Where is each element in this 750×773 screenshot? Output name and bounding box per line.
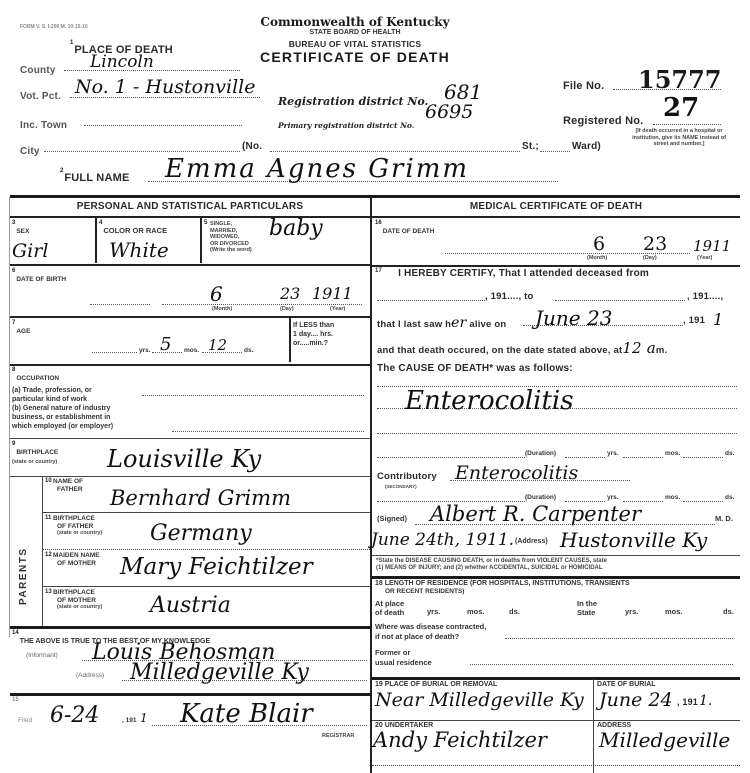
- death-certificate: FORM V. S. I-200 M. 10-15-10 1PLACE OF D…: [0, 0, 750, 773]
- sex-field: 3SEX Girl: [12, 220, 96, 260]
- medical-section-title: MEDICAL CERTIFICATE OF DEATH: [372, 201, 740, 212]
- contributory-value: Enterocolitis: [455, 462, 578, 484]
- vot-pct-value: No. 1 - Hustonville: [75, 76, 255, 98]
- title-block: Commonwealth of Kentucky STATE BOARD OF …: [255, 15, 455, 65]
- vot-pct-field: Vot. Pct. No. 1 - Hustonville: [20, 86, 290, 104]
- occupation-field: 8OCCUPATION (a) Trade, profession, or pa…: [12, 367, 367, 437]
- death-year: 1911: [693, 237, 731, 255]
- father-birthplace-field: 11 BIRTHPLACE OF FATHER (state or countr…: [45, 515, 367, 549]
- date-of-birth-field: 6DATE OF BIRTH 6 23 1911 (Month) (Day) (…: [12, 268, 367, 314]
- mother-birthplace-value: Austria: [150, 593, 231, 618]
- mother-name-field: 12 MAIDEN NAME OF MOTHER Mary Feichtilze…: [45, 552, 367, 586]
- hospital-note: [If death occurred in a hospital or inst…: [628, 128, 730, 148]
- burial-date-field: DATE OF BURIAL June 24 , 191 1.: [597, 681, 740, 721]
- registered-number-value: 27: [663, 93, 699, 123]
- time-of-death: 12 a: [622, 339, 656, 357]
- filed-date: 6-24: [50, 703, 99, 728]
- birth-year: 1911: [312, 284, 353, 303]
- marital-value: baby: [269, 216, 323, 241]
- sex-value: Girl: [12, 240, 96, 262]
- header-divider: [10, 195, 740, 198]
- filed-field: 15 Filed 6-24 , 191 1 Kate Blair REGISTR…: [12, 697, 367, 747]
- full-name-value: Emma Agnes Grimm: [165, 154, 469, 184]
- undertaker-address-field: ADDRESS Milledgeville: [597, 722, 747, 766]
- parents-label: PARENTS: [18, 505, 29, 605]
- father-name-value: Bernhard Grimm: [110, 486, 291, 510]
- birthplace-value: Louisville Ky: [107, 445, 261, 473]
- father-birthplace-value: Germany: [150, 521, 252, 546]
- left-border: [9, 197, 10, 637]
- less-than-day-note: If LESS than 1 day.... hrs. or.....min.?: [293, 321, 334, 348]
- race-field: 4COLOR OR RACE White: [99, 220, 199, 260]
- certificate-title: CERTIFICATE OF DEATH: [255, 49, 455, 65]
- county-field: County Lincoln: [20, 60, 242, 76]
- death-day: 23: [643, 233, 667, 255]
- center-divider: [370, 197, 372, 773]
- burial-place-value: Near Milledgeville Ky: [375, 689, 584, 711]
- county-value: Lincoln: [90, 52, 154, 72]
- bureau-name: BUREAU OF VITAL STATISTICS: [255, 39, 455, 49]
- length-of-residence: 18 LENGTH OF RESIDENCE (FOR HOSPITALS, I…: [375, 580, 740, 672]
- birthplace-field: 9BIRTHPLACE (state or country) Louisvill…: [12, 441, 367, 473]
- marital-status-field: 5 SINGLE, MARRIED, WIDOWED, OR DIVORCED …: [204, 220, 369, 262]
- file-number: File No. 15777: [563, 76, 748, 96]
- father-name-field: 10 NAME OF FATHER Bernhard Grimm: [45, 478, 367, 512]
- age-field: 7AGE yrs. 5 mos. 12 ds.: [12, 320, 287, 362]
- date-of-death-field: 16DATE OF DEATH 6 23 1911 (Month) (Day) …: [375, 220, 740, 264]
- undertaker-field: 20 UNDERTAKER Andy Feichtilzer: [375, 722, 591, 766]
- file-number-value: 15777: [638, 65, 722, 94]
- informant-section: 14THE ABOVE IS TRUE TO THE BEST OF MY KN…: [12, 630, 367, 682]
- primary-registration-value: 6695: [425, 101, 473, 123]
- registration-district: Registration district No. 681: [278, 92, 428, 110]
- birth-month: 6: [210, 282, 223, 306]
- inc-town-field: Inc. Town: [20, 115, 242, 131]
- pronoun-value: er: [451, 315, 466, 331]
- physician-address: Hustonville Ky: [560, 528, 707, 552]
- physician-signature: Albert R. Carpenter: [430, 502, 641, 526]
- mother-name-value: Mary Feichtilzer: [120, 554, 313, 580]
- age-months: 5: [160, 334, 171, 355]
- cause-of-death-value: Enterocolitis: [405, 386, 574, 416]
- certification-block: 17 I HEREBY CERTIFY, That I attended dec…: [375, 268, 740, 550]
- burial-place-field: 19 PLACE OF BURIAL OR REMOVAL Near Mille…: [375, 681, 591, 721]
- mother-birthplace-field: 13 BIRTHPLACE OF MOTHER (state or countr…: [45, 589, 367, 625]
- full-name-field: 2FULL NAME Emma Agnes Grimm: [60, 168, 570, 188]
- state-title: Commonwealth of Kentucky: [255, 15, 455, 29]
- form-number: FORM V. S. I-200 M. 10-15-10: [20, 24, 88, 31]
- board-name: STATE BOARD OF HEALTH: [255, 29, 455, 37]
- birth-day: 23: [280, 284, 300, 303]
- burial-date-value: June 24: [599, 689, 673, 711]
- last-seen-date: June 23: [535, 306, 612, 330]
- undertaker-address-value: Milledgeville: [599, 728, 730, 752]
- signed-date: June 24th, 1911.: [371, 530, 514, 550]
- informant-address-value: Milledgeville Ky: [130, 660, 309, 685]
- age-days: 12: [208, 336, 227, 354]
- personal-section-title: PERSONAL AND STATISTICAL PARTICULARS: [10, 201, 370, 212]
- cause-footnote: *State the DISEASE CAUSING DEATH, or in …: [376, 558, 607, 571]
- undertaker-value: Andy Feichtilzer: [373, 728, 547, 752]
- primary-registration-district: Primary registration district No. 6695: [278, 115, 414, 133]
- race-value: White: [109, 238, 199, 262]
- registrar-signature: Kate Blair: [180, 699, 313, 729]
- death-month: 6: [593, 233, 605, 255]
